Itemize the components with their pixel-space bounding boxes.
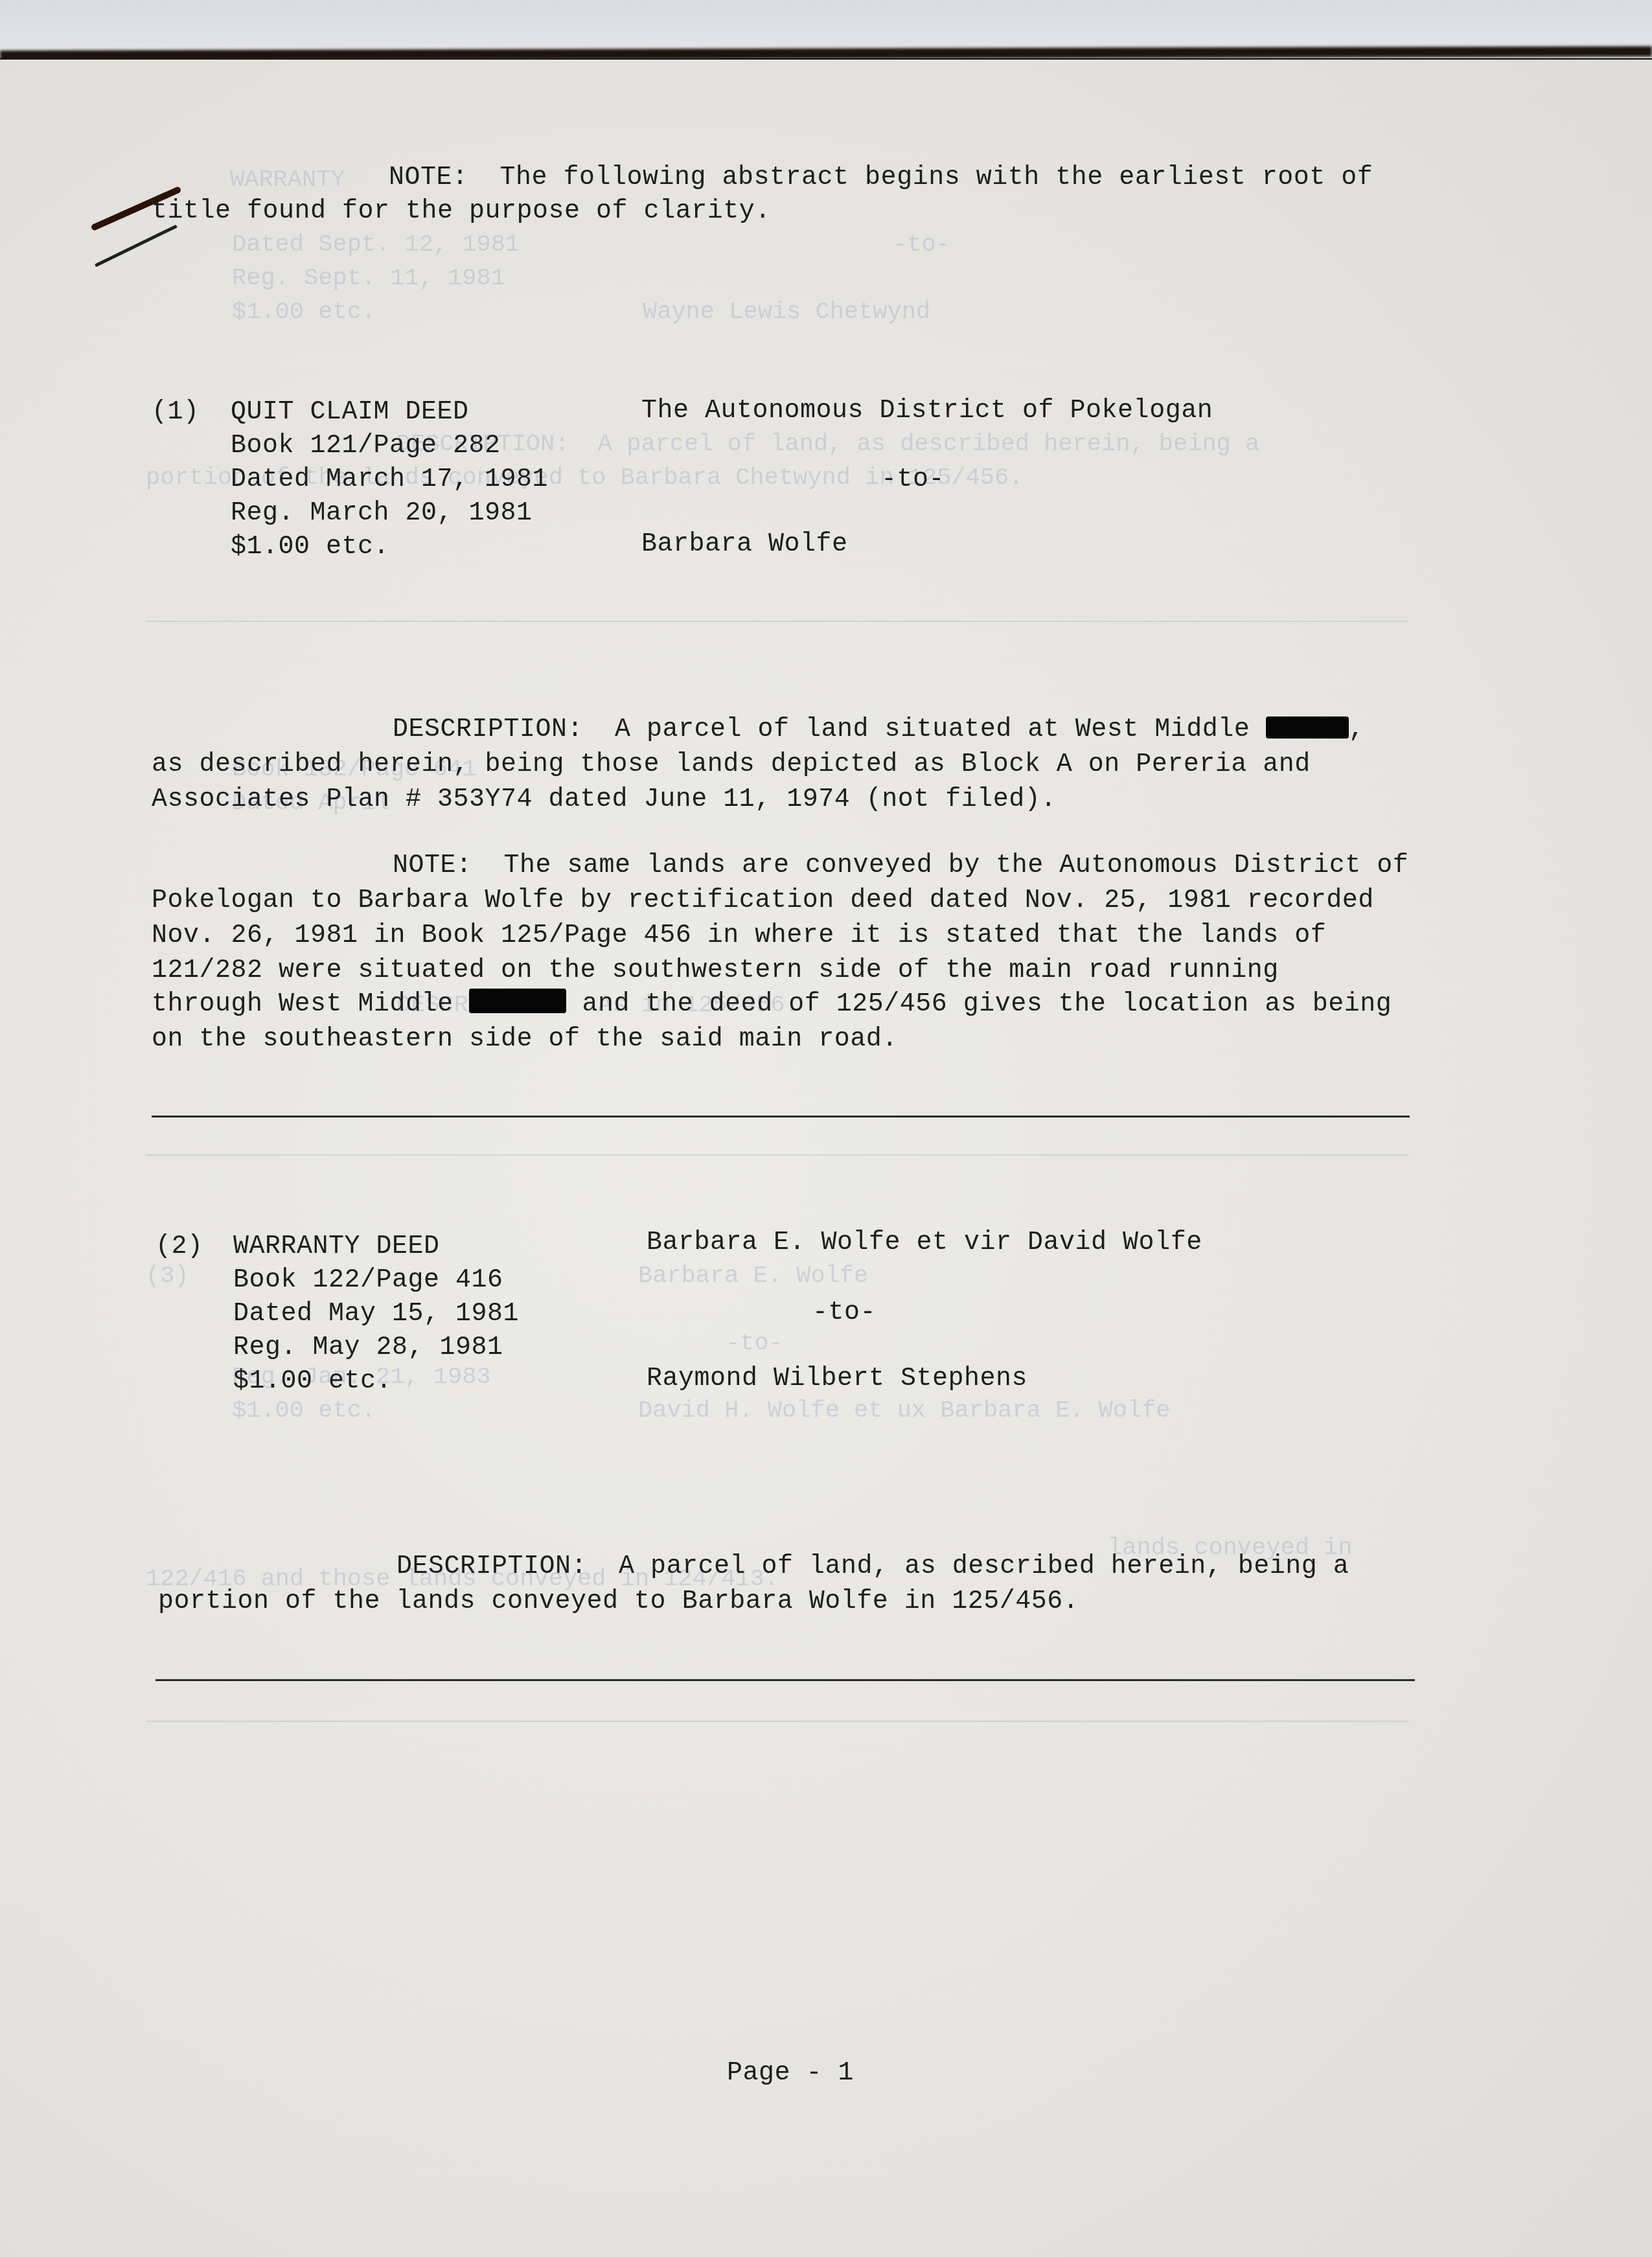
dated: Dated March 17, 1981: [231, 463, 548, 497]
bleed-through-text: David H. Wolfe et ux Barbara E. Wolfe: [638, 1394, 1171, 1428]
bleed-through-text: Reg. Sept. 11, 1981: [232, 262, 505, 295]
grantee: Barbara Wolfe: [641, 527, 848, 562]
intro-note-line-1: NOTE: The following abstract begins with…: [389, 161, 1373, 195]
to-separator: -to-: [812, 1296, 876, 1330]
registered: Reg. May 28, 1981: [233, 1331, 503, 1365]
grantor: Barbara E. Wolfe et vir David Wolfe: [647, 1226, 1202, 1260]
book-page: Book 121/Page 282: [231, 429, 501, 463]
bleed-through-text: $1.00 etc.: [232, 1394, 376, 1428]
entry-number: (1): [152, 395, 200, 430]
bleed-through-rule: [146, 621, 1409, 622]
page-number: Page - 1: [727, 2056, 854, 2091]
bleed-through-text: (3): [146, 1259, 189, 1293]
description-line-2: as described herein, being those lands d…: [152, 748, 1311, 782]
description-line-3: Associates Plan # 353Y74 dated June 11, …: [152, 783, 1057, 817]
redaction-block: [1266, 716, 1349, 739]
bleed-through-text: DESCRIPTION: A parcel of land, as descri…: [396, 428, 1259, 461]
redaction-block: [469, 989, 566, 1013]
registered: Reg. March 20, 1981: [231, 496, 533, 531]
section-divider: [155, 1679, 1415, 1681]
bleed-through-text: -to-: [893, 228, 950, 262]
bleed-through-text: $1.00 etc.: [232, 295, 376, 329]
bleed-through-rule: [146, 1154, 1409, 1156]
bleed-through-rule: [146, 1721, 1409, 1722]
bleed-through-text: WARRANTY: [230, 163, 345, 197]
consideration: $1.00 etc.: [231, 530, 389, 564]
note-line-2: Pokelogan to Barbara Wolfe by rectificat…: [152, 884, 1374, 918]
note-line-5: through West Middle and the deed of 125/…: [152, 987, 1392, 1022]
description-line-1: DESCRIPTION: A parcel of land, as descri…: [396, 1550, 1349, 1584]
description-line-1: DESCRIPTION: A parcel of land situated a…: [393, 713, 1364, 747]
description-text: ,: [1349, 715, 1365, 744]
intro-note-line-2: title found for the purpose of clarity.: [152, 194, 771, 229]
book-page: Book 122/Page 416: [233, 1263, 503, 1298]
note-line-6: on the southeastern side of the said mai…: [152, 1022, 898, 1057]
note-line-1: NOTE: The same lands are conveyed by the…: [393, 849, 1408, 883]
document-page: WARRANTY Dated Sept. 12, 1981 -to- Reg. …: [0, 60, 1652, 2257]
pen-mark: [95, 225, 178, 268]
section-divider: [152, 1116, 1410, 1117]
to-separator: -to-: [881, 463, 945, 497]
bleed-through-text: Dated Sept. 12, 1981: [232, 228, 520, 262]
note-line-3: Nov. 26, 1981 in Book 125/Page 456 in wh…: [152, 919, 1326, 953]
grantor: The Autonomous District of Pokelogan: [641, 394, 1213, 428]
note-text: through West Middle: [152, 990, 469, 1019]
dated: Dated May 15, 1981: [233, 1297, 519, 1331]
bleed-through-text: Wayne Lewis Chetwynd: [643, 295, 930, 329]
grantee: Raymond Wilbert Stephens: [647, 1362, 1027, 1396]
note-line-4: 121/282 were situated on the southwester…: [152, 954, 1279, 988]
description-line-2: portion of the lands conveyed to Barbara…: [158, 1585, 1079, 1619]
deed-type: QUIT CLAIM DEED: [231, 395, 469, 430]
description-text: DESCRIPTION: A parcel of land situated a…: [393, 715, 1266, 744]
bleed-through-text: -to-: [726, 1327, 783, 1360]
deed-type: WARRANTY DEED: [233, 1230, 440, 1264]
bleed-through-text: Barbara E. Wolfe: [638, 1259, 868, 1293]
note-text: and the deed of 125/456 gives the locati…: [566, 990, 1392, 1019]
entry-number: (2): [155, 1230, 203, 1264]
consideration: $1.00 etc.: [233, 1364, 392, 1399]
